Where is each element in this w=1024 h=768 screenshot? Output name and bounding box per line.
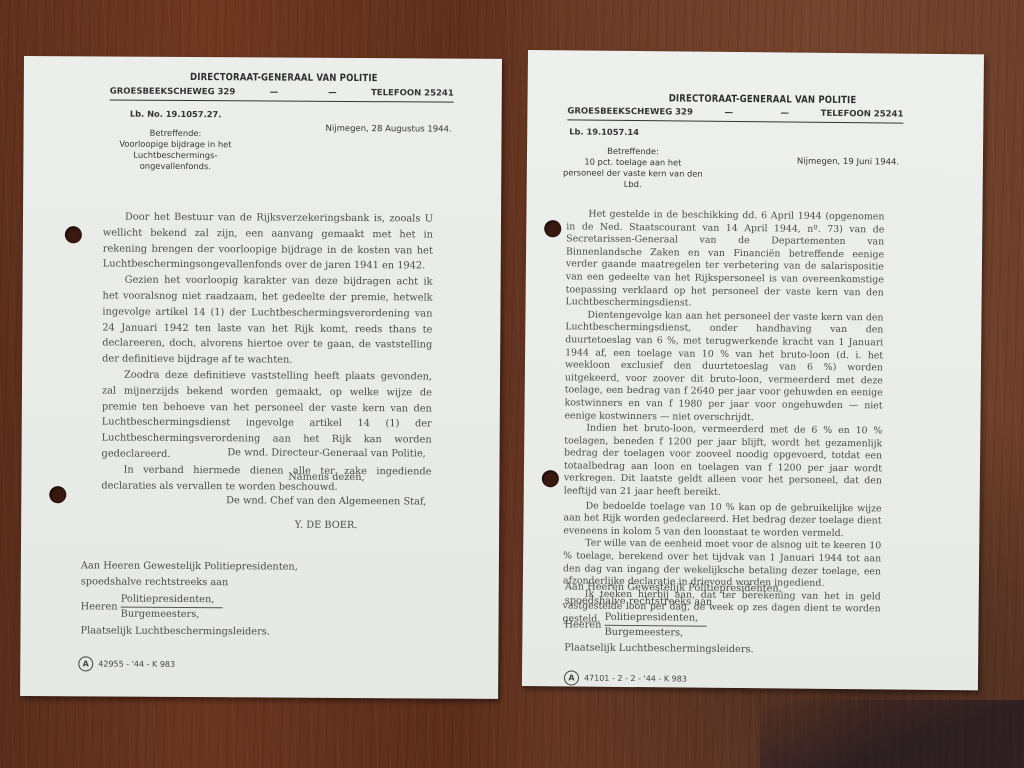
paragraph: De bedoelde toelage van 10 % kan op de g…	[563, 500, 881, 541]
subject: 10 pct. toelage aan het personeel der va…	[563, 156, 703, 190]
paragraph: Het gestelde in de beschikking dd. 6 Apr…	[566, 208, 885, 312]
addressee-numerator: Politiepresidenten,	[605, 611, 707, 627]
letter-19-juni-1944: DIRECTORAAT-GENERAAL VAN POLITIE GROESBE…	[522, 50, 984, 690]
separator: —	[765, 108, 805, 118]
letterhead-address-line: GROESBEEKSCHEWEG 329 — — TELEFOON 25241	[567, 106, 903, 123]
print-code-text: 47101 - 2 - 2 - '44 - K 983	[584, 674, 687, 684]
subject-label: Betreffende:	[105, 127, 245, 139]
separator: —	[312, 88, 352, 98]
letter-date: Nijmegen, 19 Juni 1944.	[797, 157, 899, 168]
letter-date: Nijmegen, 28 Augustus 1944.	[326, 124, 452, 135]
punch-hole	[65, 226, 82, 243]
addressee-line: Plaatselijk Luchtbeschermingsleiders.	[564, 641, 781, 657]
signature-line: Namens dezen,	[211, 465, 441, 490]
print-code-text: 42955 - '44 - K 983	[98, 659, 175, 668]
subject: Voorloopige bijdrage in het Luchtbescher…	[105, 138, 245, 172]
letter-28-augustus-1944: DIRECTORAAT-GENERAAL VAN POLITIE GROESBE…	[20, 56, 502, 699]
signature-line: De wnd. Directeur-Generaal van Politie,	[212, 441, 442, 466]
addressee-heeren: Heeren	[564, 619, 601, 630]
printer-logo-icon: A	[564, 670, 579, 685]
print-code: A 42955 - '44 - K 983	[78, 656, 175, 672]
reference-block: Lb. 19.1057.14 Betreffende: 10 pct. toel…	[563, 126, 704, 190]
reference-number: Lb. No. 19.1057.27.	[106, 108, 246, 120]
table-shadow	[760, 700, 1024, 768]
printer-logo-icon: A	[78, 656, 93, 671]
addressee-numerator: Politiepresidenten,	[121, 593, 223, 609]
addressee-block: Aan Heeren Gewestelijk Politiepresidente…	[80, 558, 297, 640]
addressee-denominator: Burgemeesters,	[604, 626, 706, 641]
addressee-line: Plaatselijk Luchtbeschermingsleiders.	[80, 623, 297, 640]
addressee-line: spoedshalve rechtstreeks aan	[81, 574, 298, 591]
addressee-heeren: Heeren	[81, 601, 118, 612]
punch-hole	[542, 470, 559, 487]
paragraph: Gezien het voorloopig karakter van deze …	[102, 273, 433, 370]
punch-hole	[49, 486, 66, 503]
signatory-name: Y. DE BOER.	[211, 513, 441, 538]
signature-block: De wnd. Directeur-Generaal van Politie, …	[211, 441, 442, 538]
print-code: A 47101 - 2 - 2 - '44 - K 983	[564, 670, 687, 686]
paragraph: Indien het bruto-loon, vermeerderd met d…	[564, 422, 883, 501]
address: GROESBEEKSCHEWEG 329	[567, 106, 693, 117]
addressee-block: Aan Heeren Gewestelijk Politiepresidente…	[564, 580, 782, 657]
reference-block: Lb. No. 19.1057.27. Betreffende: Voorloo…	[105, 108, 245, 172]
telephone: TELEFOON 25241	[371, 88, 454, 99]
addressee-line: spoedshalve rechtstreeks aan	[565, 594, 782, 610]
addressee-fraction: Politiepresidenten, Burgemeesters,	[121, 593, 223, 623]
address: GROESBEEKSCHEWEG 329	[110, 87, 236, 98]
punch-hole	[544, 220, 561, 237]
addressee-denominator: Burgemeesters,	[121, 608, 223, 623]
letterhead-address-line: GROESBEEKSCHEWEG 329 — — TELEFOON 25241	[110, 87, 454, 103]
telephone: TELEFOON 25241	[821, 109, 904, 120]
letter-body: Het gestelde in de beschikking dd. 6 Apr…	[562, 208, 884, 629]
separator: —	[709, 108, 749, 118]
letterhead-organization: DIRECTORAAT-GENERAAL VAN POLITIE	[631, 93, 895, 107]
separator: —	[254, 87, 294, 97]
reference-number: Lb. 19.1057.14	[563, 126, 703, 138]
addressee-line: Aan Heeren Gewestelijk Politiepresidente…	[81, 558, 298, 575]
letterhead-organization: DIRECTORAAT-GENERAAL VAN POLITIE	[148, 72, 420, 85]
paragraph: Door het Bestuur van de Rijksverzekering…	[103, 209, 433, 274]
paragraph: Dientengevolge kan aan het personeel der…	[564, 309, 883, 425]
addressee-fraction: Politiepresidenten, Burgemeesters,	[604, 611, 706, 641]
signature-line: De wnd. Chef van den Algemeenen Staf,	[211, 489, 441, 514]
